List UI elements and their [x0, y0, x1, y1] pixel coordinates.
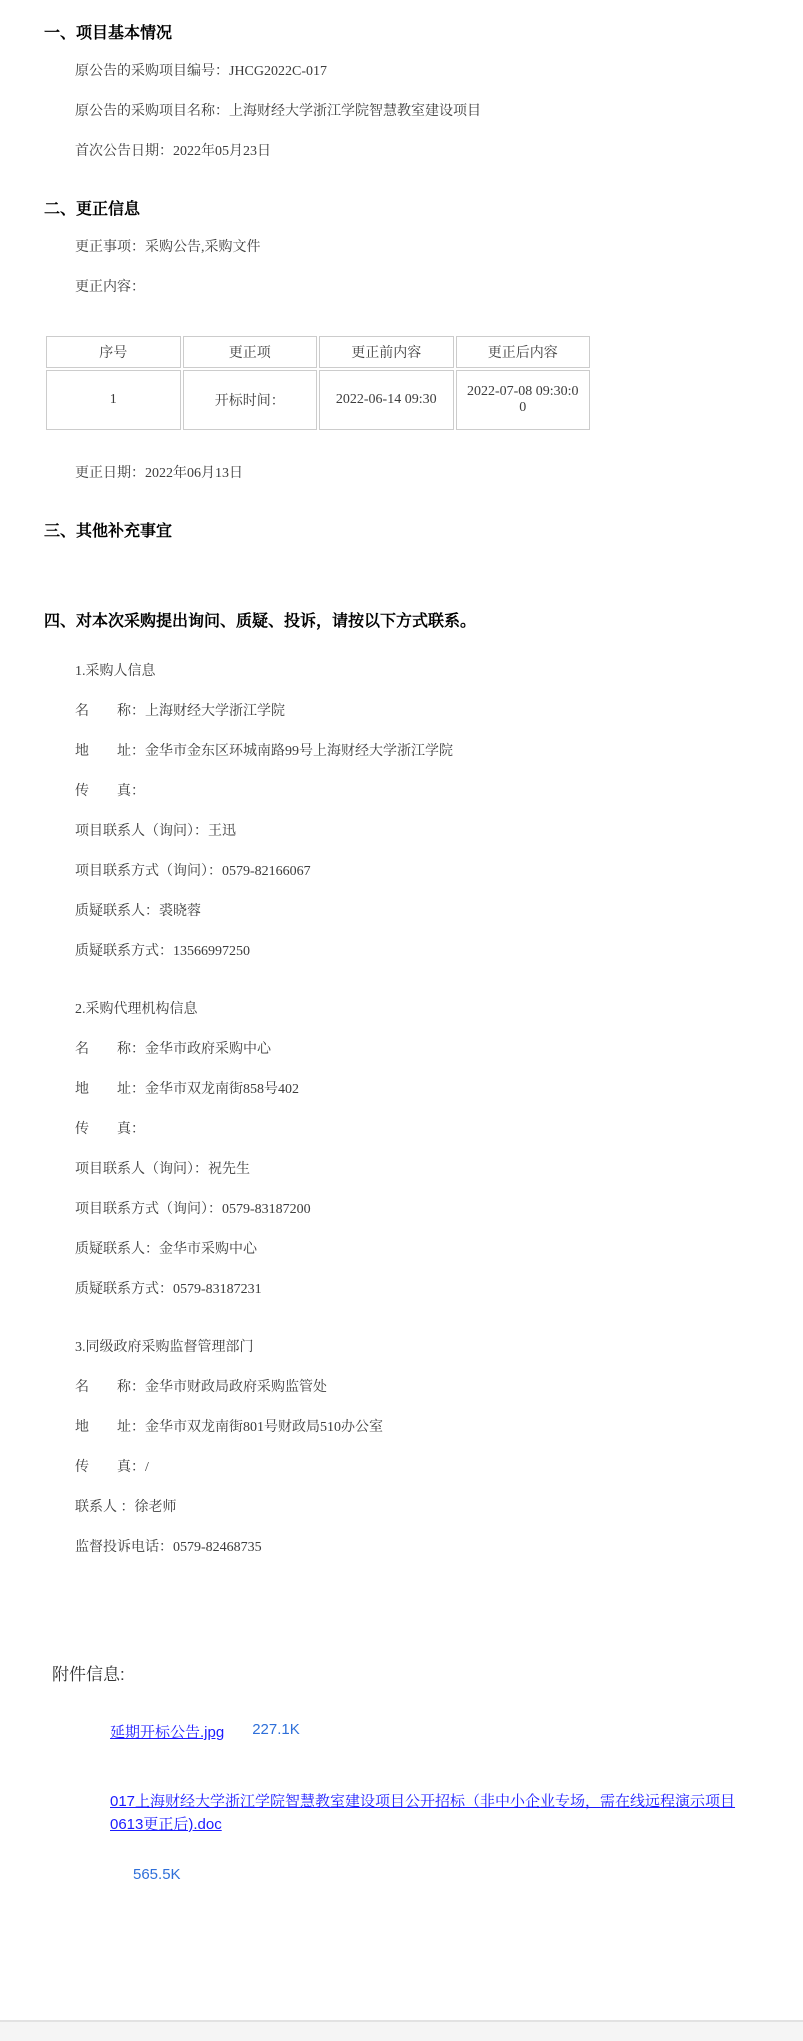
col-header-after: 更正后内容: [456, 336, 591, 368]
attachment-size-doc: 565.5K: [110, 1866, 763, 1883]
correction-table: 序号 更正项 更正前内容 更正后内容 1 开标时间： 2022-06-14 09…: [44, 334, 592, 432]
agency-query-contact: 质疑联系人：金华市采购中心: [75, 1230, 763, 1270]
correction-table-header-row: 序号 更正项 更正前内容 更正后内容: [46, 336, 590, 368]
attachments-title: 附件信息:: [52, 1660, 763, 1685]
attachment-link-jpg[interactable]: 延期开标公告.jpg: [110, 1721, 224, 1744]
attachments-section: 附件信息: 延期开标公告.jpg 227.1K 017上海财经大学浙江学院智慧教…: [44, 1660, 763, 1883]
purchaser-query-phone: 质疑联系方式：13566997250: [75, 932, 763, 972]
table-row: 1 开标时间： 2022-06-14 09:30 2022-07-08 09:3…: [46, 370, 590, 430]
purchaser-query-contact: 质疑联系人：裘晓蓉: [75, 892, 763, 932]
section2-heading: 二、更正信息: [44, 198, 763, 222]
purchaser-project-phone: 项目联系方式（询问）：0579-82166067: [75, 852, 763, 892]
supervisor-contact: 联系人 ：徐老师: [75, 1488, 763, 1528]
purchaser-project-contact: 项目联系人（询问）：王迅: [75, 812, 763, 852]
section4-heading: 四、对本次采购提出询问、质疑、投诉，请按以下方式联系。: [44, 610, 763, 634]
first-announcement-date: 首次公告日期：2022年05月23日: [75, 132, 763, 172]
cell-seq: 1: [46, 370, 181, 430]
correction-content-label: 更正内容：: [75, 268, 763, 308]
col-header-item: 更正项: [183, 336, 318, 368]
cell-item: 开标时间：: [183, 370, 318, 430]
section3-heading: 三、其他补充事宜: [44, 520, 763, 544]
agency-address: 地 址：金华市双龙南街858号402: [75, 1070, 763, 1110]
section1-heading: 一、项目基本情况: [44, 22, 763, 46]
purchaser-fax: 传 真：: [75, 772, 763, 812]
supervisor-complaint-phone: 监督投诉电话：0579-82468735: [75, 1528, 763, 1568]
attachment-item: 017上海财经大学浙江学院智慧教室建设项目公开招标（非中小企业专场，需在线远程演…: [52, 1790, 763, 1883]
cell-after: 2022-07-08 09:30:00: [456, 370, 591, 430]
agency-info-title: 2.采购代理机构信息: [75, 990, 763, 1030]
attachment-link-doc[interactable]: 017上海财经大学浙江学院智慧教室建设项目公开招标（非中小企业专场，需在线远程演…: [110, 1793, 735, 1833]
agency-fax: 传 真：: [75, 1110, 763, 1150]
col-header-before: 更正前内容: [319, 336, 454, 368]
supervisor-address: 地 址：金华市双龙南街801号财政局510办公室: [75, 1408, 763, 1448]
announcement-content: 一、项目基本情况 原公告的采购项目编号：JHCG2022C-017 原公告的采购…: [0, 0, 803, 2020]
supervisor-name: 名 称：金华市财政局政府采购监管处: [75, 1368, 763, 1408]
agency-project-phone: 项目联系方式（询问）：0579-83187200: [75, 1190, 763, 1230]
original-project-number: 原公告的采购项目编号：JHCG2022C-017: [75, 52, 763, 92]
correction-date-line: 更正日期：2022年06月13日: [75, 454, 763, 494]
cell-before: 2022-06-14 09:30: [319, 370, 454, 430]
original-project-name: 原公告的采购项目名称：上海财经大学浙江学院智慧教室建设项目: [75, 92, 763, 132]
supervisor-fax: 传 真：/: [75, 1448, 763, 1488]
agency-project-contact: 项目联系人（询问）：祝先生: [75, 1150, 763, 1190]
attachment-size-jpg: 227.1K: [252, 1721, 300, 1738]
purchaser-name: 名 称：上海财经大学浙江学院: [75, 692, 763, 732]
correction-item-line: 更正事项：采购公告,采购文件: [75, 228, 763, 268]
agency-name: 名 称：金华市政府采购中心: [75, 1030, 763, 1070]
supervisor-info-title: 3.同级政府采购监督管理部门: [75, 1328, 763, 1368]
col-header-seq: 序号: [46, 336, 181, 368]
purchaser-address: 地 址：金华市金东区环城南路99号上海财经大学浙江学院: [75, 732, 763, 772]
page-footer: [0, 2020, 803, 2041]
attachment-item: 延期开标公告.jpg 227.1K: [52, 1721, 763, 1744]
agency-query-phone: 质疑联系方式：0579-83187231: [75, 1270, 763, 1310]
purchaser-info-title: 1.采购人信息: [75, 652, 763, 692]
